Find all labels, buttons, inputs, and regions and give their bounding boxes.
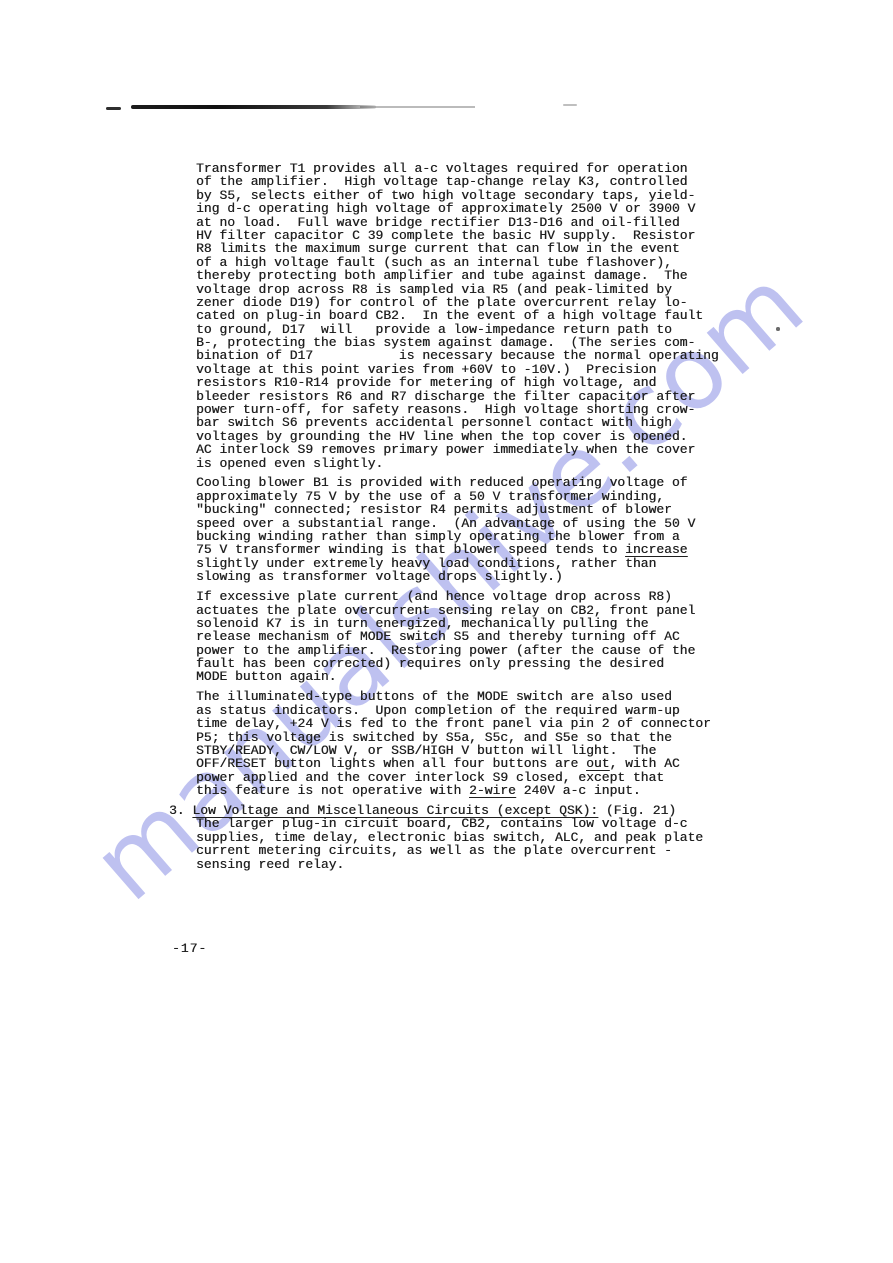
paragraph: If excessive plate current (and hence vo… <box>196 590 719 684</box>
text-line: HV filter capacitor C 39 complete the ba… <box>196 229 719 242</box>
text-line: bleeder resistors R6 and R7 discharge th… <box>196 390 719 403</box>
paragraph: Cooling blower B1 is provided with reduc… <box>196 476 719 583</box>
text-line: bar switch S6 prevents accidental person… <box>196 416 719 429</box>
text-line: power turn-off, for safety reasons. High… <box>196 403 719 416</box>
text-line: AC interlock S9 removes primary power im… <box>196 443 719 456</box>
text-line: bucking winding rather than simply opera… <box>196 530 719 543</box>
text-line: at no load. Full wave bridge rectifier D… <box>196 216 719 229</box>
text-line: power to the amplifier. Restoring power … <box>196 644 719 657</box>
text-line: ing d-c operating high voltage of approx… <box>196 202 719 215</box>
text-segment: 240V a-c input. <box>516 783 641 798</box>
text-segment: 3. <box>169 803 192 818</box>
text-line: "bucking" connected; resistor R4 permits… <box>196 503 719 516</box>
text-line: cated on plug-in board CB2. In the event… <box>196 309 719 322</box>
text-line: bination of D17 is necessary because the… <box>196 349 719 362</box>
text-line: time delay, +24 V is fed to the front pa… <box>196 717 719 730</box>
text-line: 75 V transformer winding is that blower … <box>196 543 719 556</box>
text-line: sensing reed relay. <box>196 858 719 871</box>
text-line: solenoid K7 is in turn energized, mechan… <box>196 617 719 630</box>
text-line: slightly under extremely heavy load cond… <box>196 557 719 570</box>
text-line: to ground, D17 will provide a low-impeda… <box>196 323 719 336</box>
text-segment: 2-wire <box>469 783 516 798</box>
text-line: approximately 75 V by the use of a 50 V … <box>196 490 719 503</box>
text-segment: this feature is not operative with <box>196 783 469 798</box>
text-line: The larger plug-in circuit board, CB2, c… <box>196 817 719 830</box>
text-line: current metering circuits, as well as th… <box>196 844 719 857</box>
text-line: is opened even slightly. <box>196 457 719 470</box>
text-line: STBY/READY, CW/LOW V, or SSB/HIGH V butt… <box>196 744 719 757</box>
text-segment: sensing reed relay. <box>196 857 344 872</box>
scanned-manual-page: manualshive.com Transformer T1 provides … <box>0 0 893 1263</box>
paragraph: 3. Low Voltage and Miscellaneous Circuit… <box>196 804 719 871</box>
text-segment: slowing as transformer voltage drops sli… <box>196 569 563 584</box>
text-line: Transformer T1 provides all a-c voltages… <box>196 162 719 175</box>
text-line: of the amplifier. High voltage tap-chang… <box>196 175 719 188</box>
paragraph: The illuminated-type buttons of the MODE… <box>196 690 719 797</box>
text-line: Cooling blower B1 is provided with reduc… <box>196 476 719 489</box>
text-line: resistors R10-R14 provide for metering o… <box>196 376 719 389</box>
text-line: The illuminated-type buttons of the MODE… <box>196 690 719 703</box>
text-line: fault has been corrected) requires only … <box>196 657 719 670</box>
text-line: voltage at this point varies from +60V t… <box>196 363 719 376</box>
text-line: release mechanism of MODE switch S5 and … <box>196 630 719 643</box>
text-segment: MODE button again. <box>196 669 336 684</box>
text-line: OFF/RESET button lights when all four bu… <box>196 757 719 770</box>
text-line: MODE button again. <box>196 670 719 683</box>
page-number: -17- <box>172 941 207 956</box>
text-line: slowing as transformer voltage drops sli… <box>196 570 719 583</box>
text-line: this feature is not operative with 2-wir… <box>196 784 719 797</box>
text-line: actuates the plate overcurrent sensing r… <box>196 604 719 617</box>
text-line: as status indicators. Upon completion of… <box>196 704 719 717</box>
text-line: zener diode D19) for control of the plat… <box>196 296 719 309</box>
scan-artifact-dot <box>776 327 780 331</box>
scan-artifact-line <box>131 105 376 109</box>
text-line: P5; this voltage is switched by S5a, S5c… <box>196 731 719 744</box>
text-line: B-, protecting the bias system against d… <box>196 336 719 349</box>
text-line: voltages by grounding the HV line when t… <box>196 430 719 443</box>
text-line: voltage drop across R8 is sampled via R5… <box>196 283 719 296</box>
text-line: power applied and the cover interlock S9… <box>196 771 719 784</box>
scan-artifact-line-faint <box>360 106 475 108</box>
text-line: supplies, time delay, electronic bias sw… <box>196 831 719 844</box>
text-line: by S5, selects either of two high voltag… <box>196 189 719 202</box>
scan-artifact-mark <box>563 104 577 106</box>
text-segment: is opened even slightly. <box>196 456 383 471</box>
paragraph: Transformer T1 provides all a-c voltages… <box>196 162 719 470</box>
text-line: speed over a substantial range. (An adva… <box>196 517 719 530</box>
text-line: 3. Low Voltage and Miscellaneous Circuit… <box>169 804 719 817</box>
document-body: Transformer T1 provides all a-c voltages… <box>196 162 719 877</box>
text-line: thereby protecting both amplifier and tu… <box>196 269 719 282</box>
scan-artifact-dash <box>106 107 121 110</box>
text-line: If excessive plate current (and hence vo… <box>196 590 719 603</box>
text-line: of a high voltage fault (such as an inte… <box>196 256 719 269</box>
text-line: R8 limits the maximum surge current that… <box>196 242 719 255</box>
